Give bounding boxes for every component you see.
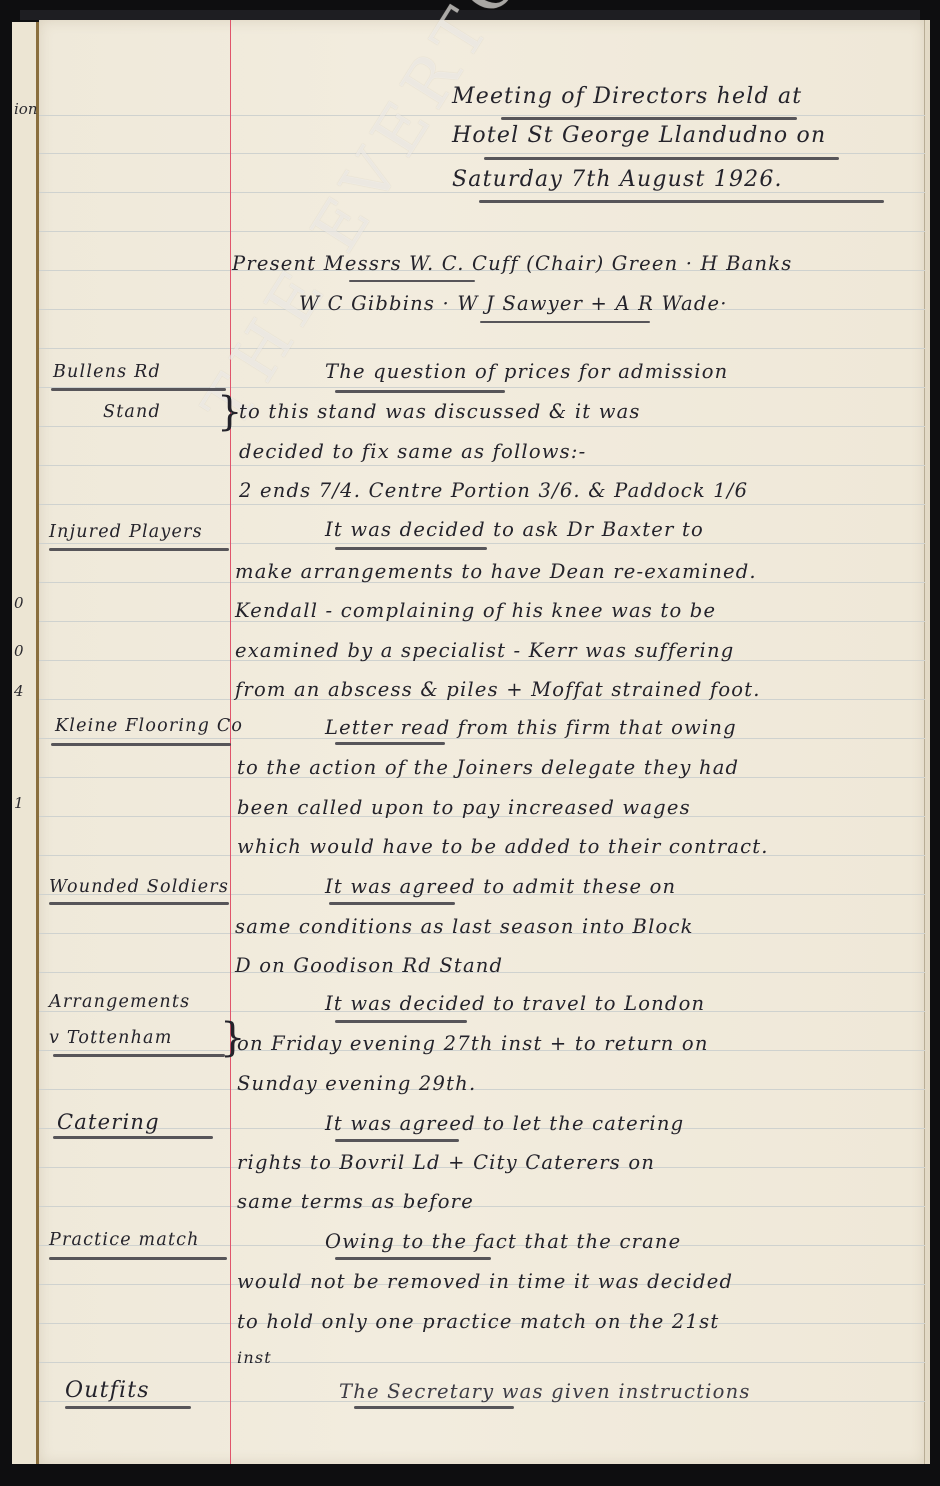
minute-underline [354,1406,514,1409]
margin-underline [49,1257,227,1260]
margin-underline [49,548,229,551]
minute-underline [335,1020,467,1023]
heading-underline [479,200,884,203]
ruled-line [39,153,925,154]
meeting-heading-line2: Hotel St George Llandudno on [452,123,826,148]
ruled-line [39,426,925,427]
meeting-heading-line1: Meeting of Directors held at [452,84,802,109]
minute-line: been called upon to pay increased wages [237,796,691,819]
minute-underline [335,1257,491,1260]
page-stack-edge [924,20,930,1464]
margin-underline [53,1054,225,1057]
ruled-line [39,1089,925,1090]
scan-background: ion 0 0 4 1 [0,0,940,1486]
attendance-line1: Present Messrs W. C. Cuff (Chair) Green … [232,252,793,275]
chair-underline [349,280,475,282]
minute-line: examined by a specialist - Kerr was suff… [235,639,734,662]
book-binding-edge [20,10,920,20]
minute-line: Kendall - complaining of his knee was to… [235,599,716,622]
facing-page-mark: 4 [14,682,24,700]
ruled-line [39,192,925,193]
minute-line: It was agreed to admit these on [325,875,676,898]
minute-line: It was agreed to let the catering [325,1112,684,1135]
ruled-line [39,115,925,116]
margin-note-arrangements: Arrangements [49,992,190,1012]
minute-line: Sunday evening 29th. [237,1072,476,1095]
margin-note-outfits: Outfits [65,1378,150,1403]
facing-page-mark: ion [14,100,38,118]
margin-note-practice-match: Practice match [49,1230,200,1250]
minute-underline [329,902,455,905]
margin-underline [49,902,229,905]
minute-line: 2 ends 7/4. Centre Portion 3/6. & Paddoc… [239,479,748,502]
minute-underline [335,390,505,393]
margin-rule [230,20,231,1464]
minute-line: D on Goodison Rd Stand [235,954,503,977]
minute-underline [335,742,445,745]
margin-note-catering: Catering [57,1110,160,1134]
margin-underline [53,1136,213,1139]
minute-line: The Secretary was given instructions [339,1380,751,1403]
margin-note-wounded-soldiers: Wounded Soldiers [49,877,229,897]
margin-note-bullens-rd: Bullens Rd [53,362,161,382]
minute-line: from an abscess & piles + Moffat straine… [235,678,761,701]
facing-page-mark: 0 [14,594,24,612]
minute-line: to hold only one practice match on the 2… [237,1310,719,1333]
minute-underline [335,547,487,550]
attendance-underline [480,321,650,323]
minute-line: It was decided to travel to London [325,992,705,1015]
margin-underline [65,1406,191,1409]
meeting-heading-line3: Saturday 7th August 1926. [452,167,783,192]
minute-line: It was decided to ask Dr Baxter to [325,518,704,541]
ruled-line [39,348,925,349]
margin-underline [51,388,226,391]
ruled-line [39,543,925,544]
ruled-line [39,504,925,505]
minute-line: which would have to be added to their co… [237,835,769,858]
minute-line: decided to fix same as follows:- [239,440,586,463]
margin-note-kleine-flooring: Kleine Flooring Co [55,716,243,736]
margin-note-stand: Stand [103,402,161,422]
facing-page-edge: ion 0 0 4 1 [12,22,39,1464]
minute-line: The question of prices for admission [325,360,728,383]
minute-line: Letter read from this firm that owing [325,716,737,739]
facing-page-mark: 1 [14,794,24,812]
heading-underline [501,117,797,120]
minute-line: to this stand was discussed & it was [239,400,641,423]
minute-line: Owing to the fact that the crane [325,1230,681,1253]
ruled-line [39,1206,925,1207]
margin-note-v-tottenham: v Tottenham [49,1028,173,1048]
ruled-line [39,465,925,466]
minute-line: on Friday evening 27th inst + to return … [237,1032,709,1055]
minute-line: same conditions as last season into Bloc… [235,915,694,938]
minute-line: same terms as before [237,1190,474,1213]
attendance-line2: W C Gibbins · W J Sawyer + A R Wade· [299,292,728,315]
minute-line: make arrangements to have Dean re-examin… [235,560,757,583]
margin-underline [51,743,231,746]
minute-line: to the action of the Joiners delegate th… [237,756,739,779]
margin-note-injured-players: Injured Players [49,522,203,542]
minute-underline [335,1139,459,1142]
facing-page-mark: 0 [14,642,24,660]
minute-line: inst [237,1348,272,1367]
ruled-line [39,231,925,232]
minute-book-page: THE EVERTON COLLECTION CHARITABLE TRUST … [39,20,925,1464]
minute-line: would not be removed in time it was deci… [237,1270,733,1293]
ruled-line [39,1362,925,1363]
heading-underline [484,157,839,160]
minute-line: rights to Bovril Ld + City Caterers on [237,1151,655,1174]
